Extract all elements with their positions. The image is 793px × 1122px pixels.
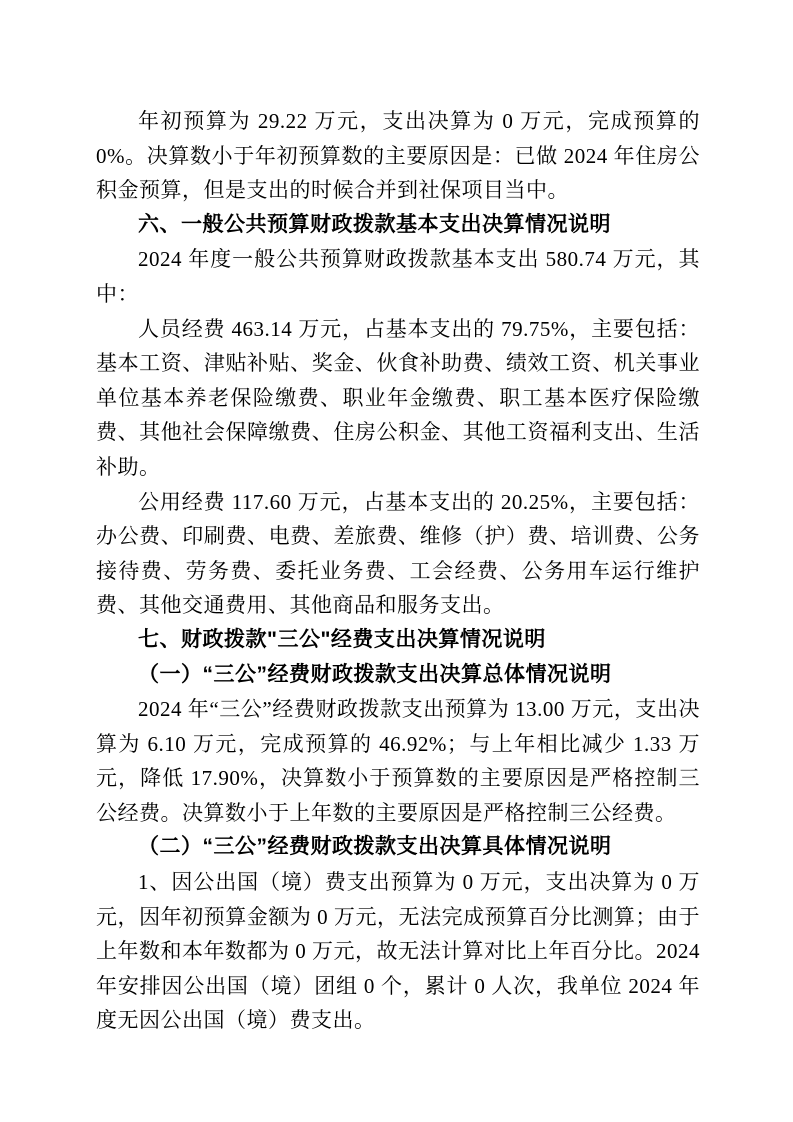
paragraph-three-public-overall: 2024 年“三公”经费财政拨款支出预算为 13.00 万元，支出决算为 6.1… xyxy=(96,692,700,830)
paragraph-basic-expenditure-total: 2024 年度一般公共预算财政拨款基本支出 580.74 万元，其中： xyxy=(96,242,700,311)
heading-section-7-1-overall-situation: （一）“三公”经费财政拨款支出决算总体情况说明 xyxy=(96,658,700,693)
document-body: 年初预算为 29.22 万元，支出决算为 0 万元，完成预算的 0%。决算数小于… xyxy=(96,104,700,1038)
paragraph-public-funds: 公用经费 117.60 万元，占基本支出的 20.25%，主要包括：办公费、印刷… xyxy=(96,485,700,623)
paragraph-prev-section-continuation: 年初预算为 29.22 万元，支出决算为 0 万元，完成预算的 0%。决算数小于… xyxy=(96,104,700,208)
paragraph-personnel-funds: 人员经费 463.14 万元，占基本支出的 79.75%，主要包括：基本工资、津… xyxy=(96,312,700,485)
document-page: 年初预算为 29.22 万元，支出决算为 0 万元，完成预算的 0%。决算数小于… xyxy=(0,0,793,1122)
paragraph-overseas-travel-expense: 1、因公出国（境）费支出预算为 0 万元，支出决算为 0 万元，因年初预算金额为… xyxy=(96,865,700,1038)
heading-section-6-basic-expenditure: 六、一般公共预算财政拨款基本支出决算情况说明 xyxy=(96,208,700,243)
heading-section-7-three-public-expenses: 七、财政拨款"三公"经费支出决算情况说明 xyxy=(96,623,700,658)
heading-section-7-2-specific-situation: （二）“三公”经费财政拨款支出决算具体情况说明 xyxy=(96,830,700,865)
